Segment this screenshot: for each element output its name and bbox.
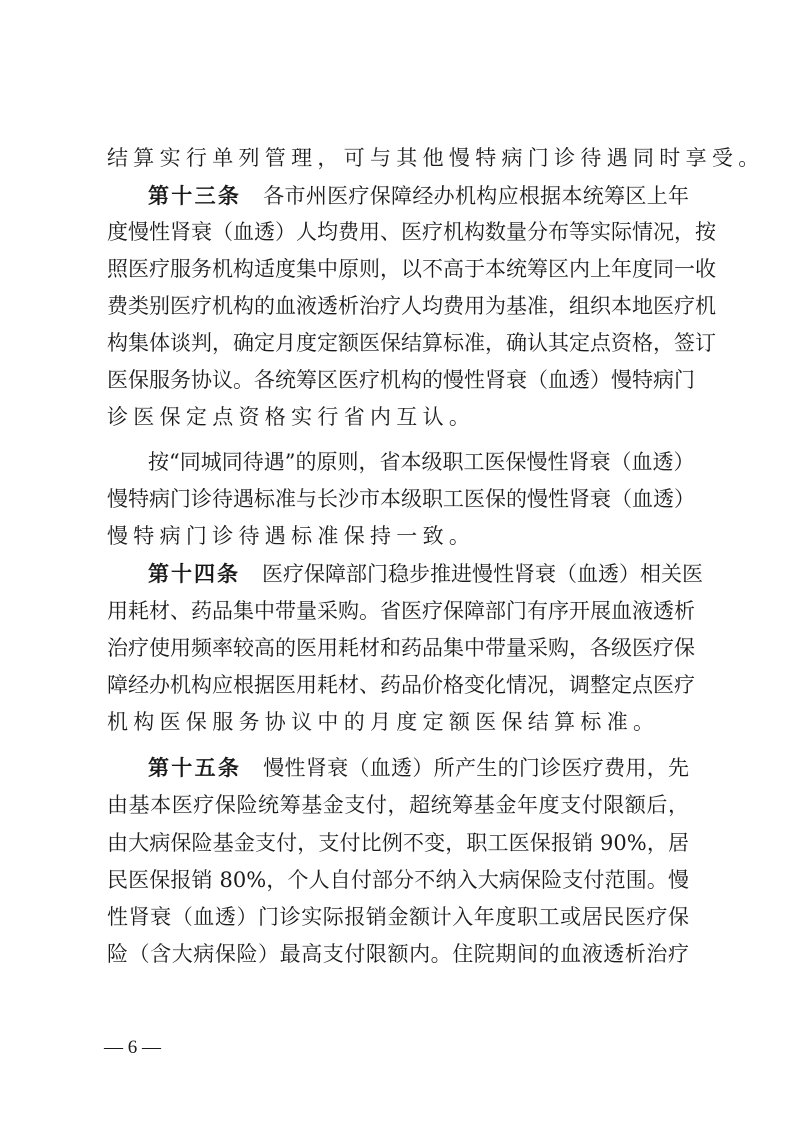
paragraph-line: 医保服务协议。各统筹区医疗机构的慢性肾衰（血透）慢特病门 [107,365,689,395]
paragraph-line: 照医疗服务机构适度集中原则，以不高于本统筹区内上年度同一收 [107,254,689,284]
paragraph-line: 慢特病门诊待遇标准保持一致。 [107,521,689,551]
paragraph-line: 民医保报销 80%，个人自付部分不纳入大病保险支付范围。慢 [107,865,689,895]
paragraph-line: 由大病保险基金支付，支付比例不变，职工医保报销 90%，居 [107,828,689,858]
article-number: 第十三条 [148,184,241,208]
paragraph-text: 医疗保障部门稳步推进慢性肾衰（血透）相关医 [262,562,703,586]
article-13-first-line: 第十三条各市州医疗保障经办机构应根据本统筹区上年 [148,181,689,211]
paragraph-line: 治疗使用频率较高的医用耗材和药品集中带量采购，各级医疗保 [107,633,689,663]
page-number: — 6 — [104,1037,161,1059]
paragraph-line: 慢特病门诊待遇标准与长沙市本级职工医保的慢性肾衰（血透） [107,484,689,514]
article-14-first-line: 第十四条医疗保障部门稳步推进慢性肾衰（血透）相关医 [148,559,689,589]
paragraph-line: 用耗材、药品集中带量采购。省医疗保障部门有序开展血液透析 [107,596,689,626]
paragraph-line: 结算实行单列管理，可与其他慢特病门诊待遇同时享受。 [107,143,689,173]
paragraph-line: 构集体谈判，确定月度定额医保结算标准，确认其定点资格，签订 [107,328,689,358]
paragraph-line: 度慢性肾衰（血透）人均费用、医疗机构数量分布等实际情况，按 [107,217,689,247]
article-number: 第十五条 [148,756,241,780]
paragraph-line: 诊医保定点资格实行省内互认。 [107,402,689,432]
paragraph-line: 费类别医疗机构的血液透析治疗人均费用为基准，组织本地医疗机 [107,291,689,321]
paragraph-text: 慢性肾衰（血透）所产生的门诊医疗费用，先 [263,756,689,780]
paragraph-line: 险（含大病保险）最高支付限额内。住院期间的血液透析治疗 [107,939,689,969]
paragraph-text: 各市州医疗保障经办机构应根据本统筹区上年 [263,184,689,208]
paragraph-line: 由基本医疗保险统筹基金支付，超统筹基金年度支付限额后， [107,790,689,820]
paragraph-line: 性肾衰（血透）门诊实际报销金额计入年度职工或居民医疗保 [107,902,689,932]
article-number: 第十四条 [148,562,240,586]
paragraph-line: 障经办机构应根据医用耗材、药品价格变化情况，调整定点医疗 [107,670,689,700]
paragraph-line: 机构医保服务协议中的月度定额医保结算标准。 [107,707,689,737]
document-page: 结算实行单列管理，可与其他慢特病门诊待遇同时享受。 第十三条各市州医疗保障经办机… [0,0,793,1122]
article-15-first-line: 第十五条慢性肾衰（血透）所产生的门诊医疗费用，先 [148,753,689,783]
paragraph-first-line: 按“同城同待遇”的原则，省本级职工医保慢性肾衰（血透） [148,447,689,477]
